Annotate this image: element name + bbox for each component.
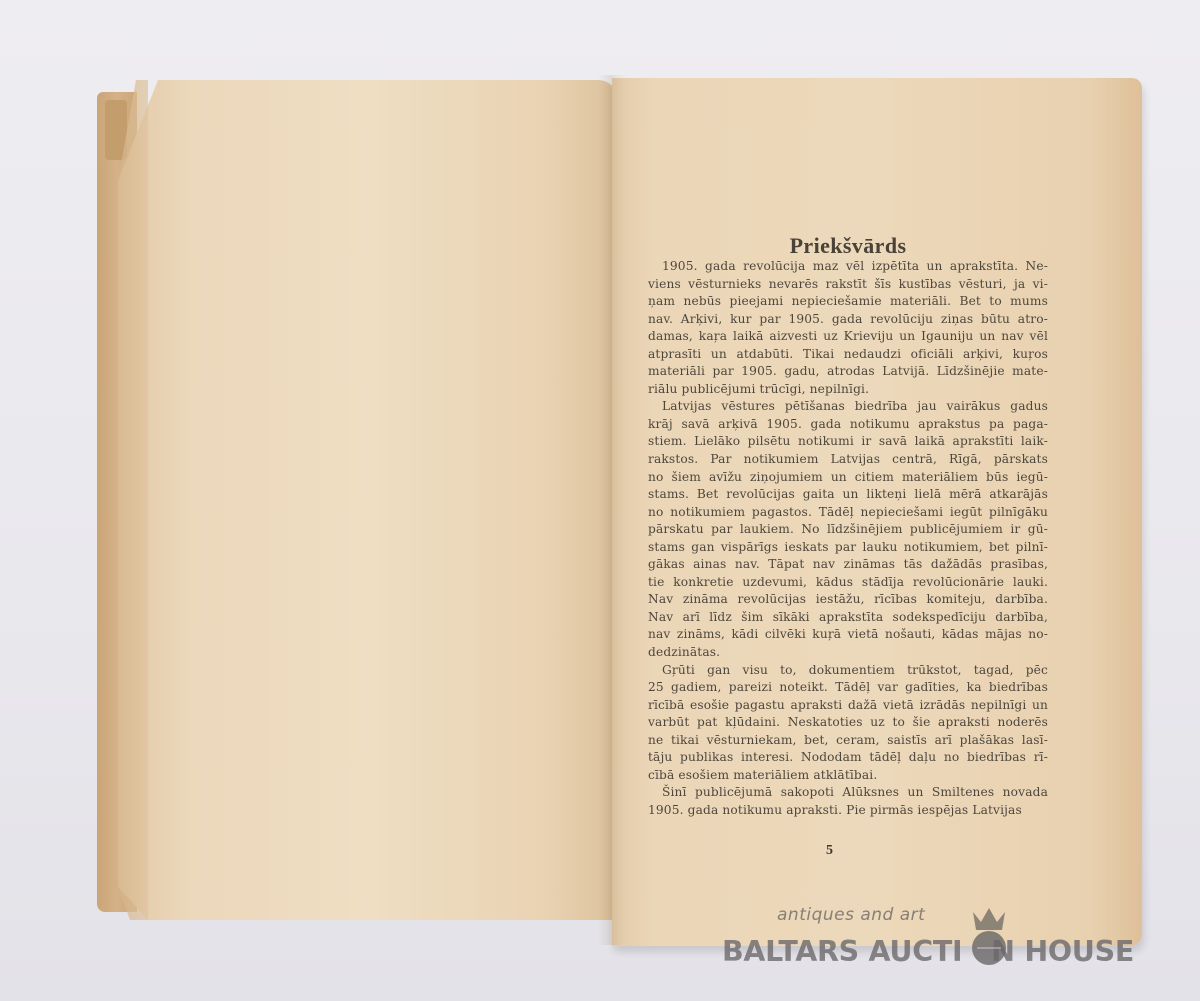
text-line: cībā esošiem materiāliem atklātībai. <box>648 767 1048 785</box>
page-number: 5 <box>826 843 833 859</box>
text-line: damas, kaŗa laikā aizvesti uz Krieviju u… <box>648 328 1048 346</box>
text-line: pārskatu par laukiem. No līdzšinējiem pu… <box>648 521 1048 539</box>
text-line: rakstos. Par notikumiem Latvijas centrā,… <box>648 451 1048 469</box>
left-page-edge <box>118 80 148 920</box>
text-line: tie konkretie uzdevumi, kādus stādīja re… <box>648 574 1048 592</box>
text-line: no šiem avīžu ziņojumiem un citiem mater… <box>648 469 1048 487</box>
watermark-name: BALTARS AUCTI N HOUSE <box>722 935 1134 968</box>
text-line: Nav zināma revolūcijas iestāžu, rīcības … <box>648 591 1048 609</box>
page-body-text: 1905. gada revolūcija maz vēl izpētīta u… <box>648 258 1048 820</box>
text-line: Gŗūti gan visu to, dokumentiem trūkstot,… <box>648 662 1048 680</box>
text-line: stams gan vispārīgs ieskats par lauku no… <box>648 539 1048 557</box>
text-line: no notikumiem pagastos. Tādēļ nepiecieša… <box>648 504 1048 522</box>
text-line: 1905. gada notikumu apraksti. Pie pirmās… <box>648 802 1048 820</box>
watermark-tagline: antiques and art <box>777 905 925 925</box>
text-line: nav. Arķivi, kur par 1905. gada revolūci… <box>648 311 1048 329</box>
text-line: materiāli par 1905. gadu, atrodas Latvij… <box>648 363 1048 381</box>
text-line: ņam nebūs pieejami nepieciešamie materiā… <box>648 293 1048 311</box>
text-line: dedzinātas. <box>648 644 1048 662</box>
text-line: krāj savā arķivā 1905. gada notikumu apr… <box>648 416 1048 434</box>
text-line: rīcībā esošie pagastu apraksti dažā viet… <box>648 697 1048 715</box>
text-line: gākas ainas nav. Tāpat nav zināmas tās d… <box>648 556 1048 574</box>
text-line: riālu publicējumi trūcīgi, nepilnīgi. <box>648 381 1048 399</box>
text-line: atprasīti un atdabūti. Tikai nedaudzi of… <box>648 346 1048 364</box>
text-line: viens vēsturnieks nevarēs rakstīt šīs ku… <box>648 276 1048 294</box>
text-line: ne tikai vēsturniekam, bet, ceram, saist… <box>648 732 1048 750</box>
text-line: stams. Bet revolūcijas gaita un likteņi … <box>648 486 1048 504</box>
text-line: Šinī publicējumā sakopoti Alūksnes un Sm… <box>648 784 1048 802</box>
text-line: 1905. gada revolūcija maz vēl izpētīta u… <box>648 258 1048 276</box>
crown-globe-icon <box>969 908 1009 968</box>
text-line: Nav arī līdz šim sīkāki aprakstīta sodek… <box>648 609 1048 627</box>
text-line: Latvijas vēstures pētīšanas biedrība jau… <box>648 398 1048 416</box>
text-line: nav zināms, kādi cilvēki kuŗā vietā noša… <box>648 626 1048 644</box>
text-line: tāju publikas interesi. Nododam tādēļ da… <box>648 749 1048 767</box>
page-heading: Priekšvārds <box>648 233 1048 259</box>
open-book: Priekšvārds 1905. gada revolūcija maz vē… <box>0 0 1200 1001</box>
book-gutter <box>598 75 626 945</box>
left-page-blank <box>118 80 618 920</box>
text-line: stiem. Lielāko pilsētu notikumi ir savā … <box>648 433 1048 451</box>
text-line: 25 gadiem, pareizi noteikt. Tādēļ var ga… <box>648 679 1048 697</box>
text-line: varbūt pat kļūdaini. Neskatoties uz to š… <box>648 714 1048 732</box>
auction-house-watermark: antiques and art BALTARS AUCTI N HOUSE <box>722 905 1122 975</box>
